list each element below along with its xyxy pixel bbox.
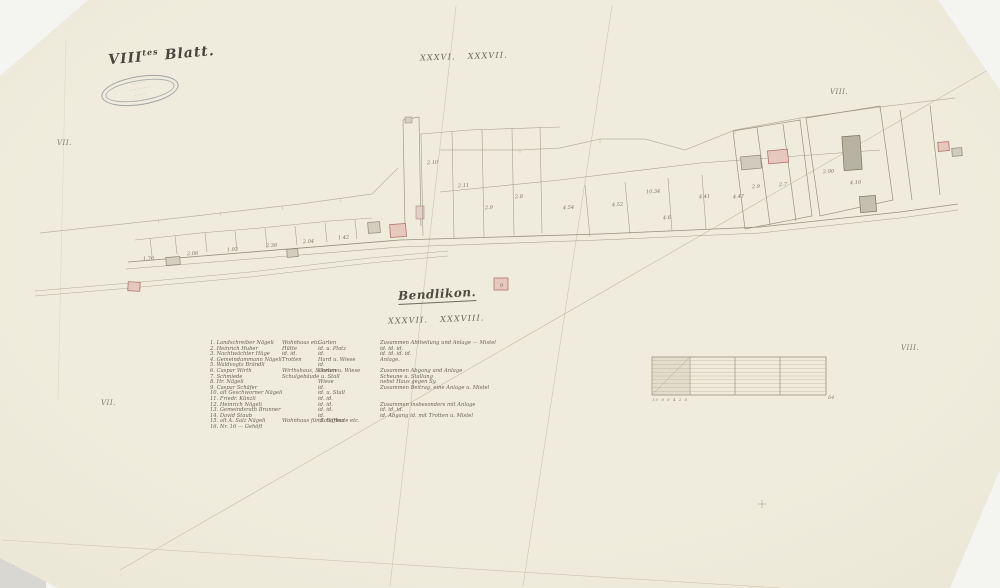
adjacent-sheet-label: VII. — [101, 399, 116, 407]
section-number: XXXVII. — [468, 50, 508, 60]
building — [287, 249, 299, 258]
building — [390, 223, 407, 237]
parcel-area-label: 4.10 — [850, 180, 861, 187]
parcel-area-label: 2.9 — [485, 205, 493, 211]
parcel-area-label: 4.41 — [699, 194, 710, 201]
table-cell-note — [380, 425, 528, 431]
table-row: 16. Nr. 16 — Gehöft — [210, 425, 528, 431]
parcel-area-label: 2.08 — [187, 251, 198, 258]
parcel-area-label: 1.76 — [143, 256, 154, 263]
building — [842, 135, 862, 170]
parcel-area-label: 1.92 — [227, 247, 238, 254]
parcel-area-label: 2.11 — [458, 183, 469, 190]
table-cell-culture — [318, 425, 380, 431]
adjacent-sheet-label: VII. — [57, 139, 72, 147]
building — [938, 142, 950, 152]
adjacent-sheet-label: VIII. — [830, 88, 848, 96]
parcel-area-label: 2.9 — [752, 184, 760, 190]
parcel-area-label: 4.47 — [733, 194, 744, 201]
map-paper: 10 8 6 4 2 0 64 VIIItes Blatt. ······· ·… — [0, 0, 1000, 588]
section-number: XXXVIII. — [440, 313, 485, 324]
pier-lane — [403, 117, 424, 228]
parcel-area-label: 10.34 — [646, 189, 661, 196]
building — [741, 155, 762, 170]
parcel-area-label: 4.54 — [563, 205, 574, 212]
parcel-area-label: 2.10 — [427, 160, 438, 167]
sheet-title-number: VIII — [108, 49, 144, 68]
table-cell-owner: 16. Nr. 16 — Gehöft — [210, 425, 282, 431]
section-number: XXXVII. — [388, 315, 428, 325]
building — [952, 148, 963, 157]
parcel-area-label: 2.90 — [823, 169, 834, 176]
parcel-area-label: 2.7 — [779, 182, 787, 188]
parcel-area-label: 4.6 — [663, 215, 671, 221]
building — [128, 282, 140, 292]
building — [859, 195, 876, 212]
parcel-area-label: 2.04 — [303, 239, 314, 246]
parcel-area-label: 1.42 — [338, 235, 349, 242]
sheet-title-suffix: tes — [142, 46, 159, 57]
parcel-area-label: 4.52 — [612, 202, 623, 209]
owners-table: 1. Landschreiber NägeliWohnhaus etc.Gart… — [210, 341, 528, 431]
parcel-area-label: 9 — [500, 283, 503, 289]
survey-point-mark — [758, 500, 766, 508]
scale-bar: 10 8 6 4 2 0 64 — [652, 357, 834, 402]
building — [166, 257, 181, 266]
lake-shoreline — [40, 98, 955, 233]
parcel-area-label: 2.38 — [266, 243, 277, 250]
scale-left-ticks: 10 8 6 4 2 0 — [652, 397, 688, 402]
scanned-map-sheet: PLAN z 282 N — [0, 0, 1000, 588]
building — [368, 222, 381, 234]
scale-right-label: 64 — [828, 395, 834, 401]
building — [768, 149, 789, 164]
section-number: XXXVI. — [420, 52, 456, 62]
parcel-area-label: 2.8 — [515, 194, 523, 200]
adjacent-sheet-label: VIII. — [901, 344, 919, 352]
table-cell-building — [282, 425, 318, 431]
buildings — [128, 135, 963, 291]
